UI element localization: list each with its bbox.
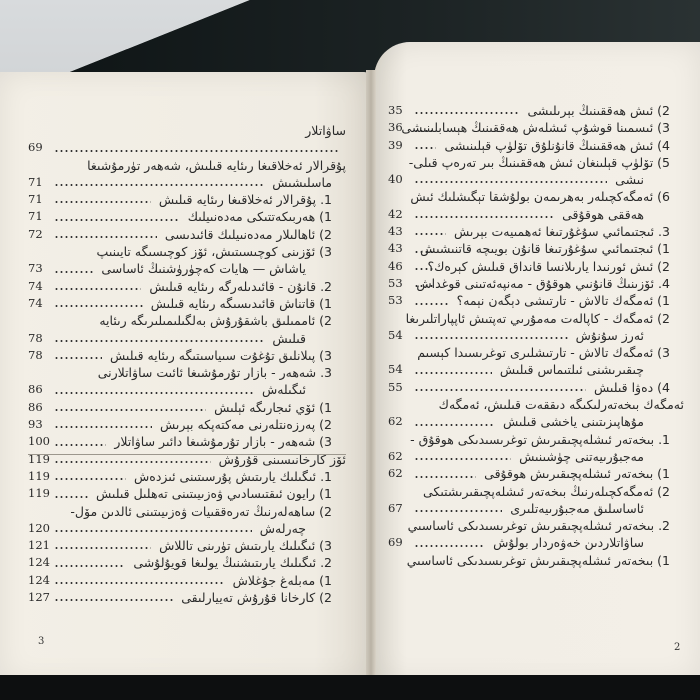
toc-entry: 1) ئەمگەك تالاش - تارتىشى دېگەن نېمە؟53 — [388, 292, 684, 309]
page-number-left: 3 — [38, 636, 44, 647]
toc-entry: ماسلىشىش71 — [28, 174, 346, 191]
toc-entry-page: 71 — [28, 208, 43, 225]
toc-entry-title: 3) ئۆزىنى كوچىسىتىش، ئۆز كوچىسىگە تايىنى… — [97, 243, 332, 260]
toc-entry: 4) ئىش ھەققىنىڭ قانۇنلۇق تۆلۈپ قېلىنىشى3… — [388, 137, 684, 154]
toc-entry: قىلىش78 — [28, 330, 346, 347]
toc-entry: 2) ئەمگەكچىلەرنىڭ بىخەتەر ئىشلەپچىقىرىشت… — [388, 483, 684, 500]
toc-entry: چىقىرىشنى ئىلتىماس قىلىش54 — [388, 361, 684, 378]
toc-entry: 2) ئىش ئورنىدا يارىلانسا قانداق قىلىش كې… — [388, 258, 684, 275]
toc-entry-title: 3) ئىسمىنا قوشۇپ ئىشلەش ھەققىنىڭ ھېسابلى… — [401, 119, 670, 136]
toc-entry: 3) ئىسمىنا قوشۇپ ئىشلەش ھەققىنىڭ ھېسابلى… — [388, 119, 684, 136]
toc-entry: 1) رايون ئىقتىسادىي ۋەزىيىتىنى تەھلىل قى… — [28, 485, 346, 502]
toc-entry-title: چەرلەش — [260, 520, 306, 537]
toc-entry-title: 2) ساھەلەرنىڭ تەرەققىيات ۋەزىيىتىنى ئالد… — [70, 503, 332, 520]
toc-entry-page: 86 — [28, 381, 43, 398]
toc-entry-page: 120 — [28, 520, 50, 537]
toc-entry-page: 78 — [28, 347, 43, 364]
toc-entry-title: ساۋاتلاردىن خەۋەردار بولۇش — [493, 534, 644, 551]
toc-entry-title: 4) ئىش ھەققىنىڭ قانۇنلۇق تۆلۈپ قېلىنىشى — [444, 137, 670, 154]
toc-entry-title: ساۋاتلار — [305, 122, 346, 139]
toc-entry: 4. ئۆزىنىڭ قانۇنىي ھوقۇق - مەنپەئەتىنى ق… — [388, 275, 684, 292]
toc-entry-page: 74 — [28, 278, 43, 295]
toc-entry: چەرلەش120 — [28, 520, 346, 537]
page-number-right: 2 — [674, 642, 680, 653]
toc-entry-title: چىقىرىشنى ئىلتىماس قىلىش — [500, 361, 644, 378]
toc-entry-page: 121 — [28, 537, 50, 554]
toc-entry-title: 1) بىخەتەر ئىشلەپچىقىرىش ھوقۇقى — [484, 465, 670, 482]
toc-entry: ياشاش — ھايات كەچۈرۈشنىڭ ئاساسى73 — [28, 260, 346, 277]
toc-entry-page: 124 — [28, 554, 50, 571]
toc-entry-title: 2) كارخانا قۇرۇش تەييارلىقى — [181, 589, 332, 606]
toc-entry-title: 5) تۆلۈپ قېلىنغان ئىش ھەققىنىڭ بىر تەرەپ… — [409, 154, 670, 171]
toc-entry-title: 2) ئىش ھەققىنىڭ بېرىلىشى — [528, 102, 671, 119]
toc-entry-page: 39 — [388, 137, 403, 154]
toc-entry-title: 2) ئەمگەك - كاپالەت مەمۇرىي تەپتىش ئاپپا… — [406, 310, 670, 327]
table-of-contents-left: ساۋاتلار69پۇقرالار ئەخلاقىغا رىئايە قىلى… — [28, 122, 346, 606]
toc-entry: 1) ھەربىكەتتىكى مەدەنىيلىك71 — [28, 208, 346, 225]
toc-entry-title: ھەققى ھوقۇقى — [562, 206, 644, 223]
toc-entry-title: 2) ئاممىلىق باشقۇرۇش بەلگىلىمىلىرىگە رىئ… — [99, 312, 332, 329]
toc-entry-title: ئەرز سۇنۇش — [576, 327, 644, 344]
toc-entry-page: 73 — [28, 260, 43, 277]
toc-entry-page: 67 — [388, 500, 403, 517]
toc-entry-title: 4. ئۆزىنىڭ قانۇنىي ھوقۇق - مەنپەئەتىنى ق… — [416, 275, 670, 292]
toc-entry: 2. ئىگىلىك يارىتىشنىڭ يولىغا قويۇلۇشى124 — [28, 554, 346, 571]
toc-entry: 1. بىخەتەر ئىشلەپچىقىرىش توغرىسىدىكى ھوق… — [388, 431, 684, 448]
toc-entry: 1. ئىگىلىك يارىتىش پۇرسىتىنى ئىزدەش119 — [28, 468, 346, 485]
toc-entry-page: 124 — [28, 572, 50, 589]
toc-entry-title: ماسلىشىش — [272, 174, 332, 191]
toc-entry-title: 2) ئەمگەكچىلەرنىڭ بىخەتەر ئىشلەپچىقىرىشت… — [423, 483, 670, 500]
toc-entry-title: ئاساسلىق مەجبۇرىيەتلىرى — [510, 500, 644, 517]
toc-entry: ئەرز سۇنۇش54 — [388, 327, 684, 344]
toc-entry: 3) ئىگىلىك يارىتىش تۈرىنى تاللاش121 — [28, 537, 346, 554]
toc-entry: 3) شەھەر - بازار تۇرمۇشىغا دائىر ساۋاتلا… — [28, 433, 346, 450]
book-gutter — [366, 70, 376, 682]
toc-entry-title: پۇقرالار ئەخلاقىغا رىئايە قىلىش، شەھەر ت… — [87, 157, 346, 174]
toc-entry-title: مەجبۇرىيەتنى چۈشىنىش — [519, 448, 644, 465]
toc-entry-page: 36 — [388, 119, 403, 136]
toc-entry-title: 1) مەبلەغ جۇغلاش — [233, 572, 332, 589]
toc-entry-title: 1) ئىجتىمائىي سۇغۇرتىغا قانۇن بويىچە قات… — [420, 240, 670, 257]
toc-entry-title: ئەمگەك بىخەتەرلىكىگە دىققەت قىلىش، ئەمگە… — [439, 396, 684, 413]
toc-entry: 3. شەھەر - بازار تۇرمۇشىغا ئائىت ساۋاتلا… — [28, 364, 346, 381]
toc-entry-title: 2. ئىگىلىك يارىتىشنىڭ يولىغا قويۇلۇشى — [133, 554, 332, 571]
toc-entry: ئەمگەك بىخەتەرلىكىگە دىققەت قىلىش، ئەمگە… — [388, 396, 684, 413]
toc-entry-title: 1. پۇقرالار ئەخلاقىغا رىئايە قىلىش — [159, 191, 332, 208]
toc-entry-page: 119 — [28, 468, 50, 485]
toc-entry: ھەققى ھوقۇقى42 — [388, 206, 684, 223]
toc-entry-page: 74 — [28, 295, 43, 312]
toc-entry-page: 62 — [388, 465, 403, 482]
toc-entry: پۇقرالار ئەخلاقىغا رىئايە قىلىش، شەھەر ت… — [28, 157, 346, 174]
toc-entry-title: 1. بىخەتەر ئىشلەپچىقىرىش توغرىسىدىكى ھوق… — [410, 431, 670, 448]
toc-entry-page: 71 — [28, 174, 43, 191]
toc-entry: ئىگىلەش86 — [28, 381, 346, 398]
toc-entry-page: 54 — [388, 361, 403, 378]
toc-entry-title: 2. بىخەتەر ئىشلەپچىقىرىش توغرىسىدىكى ئاس… — [408, 517, 670, 534]
toc-entry-title: 3. ئىجتىمائىي سۇغۇرتىغا ئەھمىيەت بېرىش — [454, 223, 670, 240]
toc-entry-title: 3. شەھەر - بازار تۇرمۇشىغا ئائىت ساۋاتلا… — [98, 364, 332, 381]
toc-entry-title: 2. قانۇن - قائىدىلەرگە رىئايە قىلىش — [149, 278, 332, 295]
toc-entry: 1) ئۆي ئىجارىگە ئېلىش86 — [28, 399, 346, 416]
background-bottom — [0, 675, 700, 700]
toc-entry-page: 62 — [388, 413, 403, 430]
toc-entry-page: 78 — [28, 330, 43, 347]
toc-entry-page: 43 — [388, 223, 403, 240]
toc-entry-page: 86 — [28, 399, 43, 416]
toc-entry-title: 3) ئىگىلىك يارىتىش تۈرىنى تاللاش — [159, 537, 332, 554]
toc-entry-title: 2) ئىش ئورنىدا يارىلانسا قانداق قىلىش كې… — [427, 258, 670, 275]
toc-entry: ساۋاتلار — [28, 122, 346, 139]
toc-entry-title: 1. ئىگىلىك يارىتىش پۇرسىتىنى ئىزدەش — [134, 468, 332, 485]
toc-entry-title: 1) رايون ئىقتىسادىي ۋەزىيىتىنى تەھلىل قى… — [96, 485, 332, 502]
toc-entry: 1) بىخەتەر ئىشلەپچىقىرىش توغرىسىدىكى ئاس… — [388, 552, 684, 569]
toc-entry-title: 1) قاتناش قائىدىسىگە رىئايە قىلىش — [151, 295, 332, 312]
toc-entry-title: ئىگىلەش — [262, 381, 306, 398]
toc-entry-title: 1) بىخەتەر ئىشلەپچىقىرىش توغرىسىدىكى ئاس… — [407, 552, 670, 569]
toc-entry-title: مۇھاپىزىتىنى ياخشى قىلىش — [503, 413, 644, 430]
toc-entry: 2) ئەمگەك - كاپالەت مەمۇرىي تەپتىش ئاپپا… — [388, 310, 684, 327]
toc-entry: نىشى40 — [388, 171, 684, 188]
toc-entry: 4) دەۋا قىلىش55 — [388, 379, 684, 396]
toc-entry-title: 3) پىلانلىق تۇغۇت سىياسىتىگە رىئايە قىلى… — [110, 347, 332, 364]
toc-entry-title: 1) ھەربىكەتتىكى مەدەنىيلىك — [188, 208, 332, 225]
toc-entry: 3) ئەمگەك تالاش - تارتىشلىرى توغرىسىدا ك… — [388, 344, 684, 361]
toc-entry-page: 100 — [28, 433, 50, 450]
toc-entry-title: 2) ئاھالىلار مەدەنىيلىك قائىدىسى — [165, 226, 332, 243]
toc-entry-title: 1) ئۆي ئىجارىگە ئېلىش — [214, 399, 332, 416]
toc-entry: 2) ئاھالىلار مەدەنىيلىك قائىدىسى72 — [28, 226, 346, 243]
toc-entry: 2. قانۇن - قائىدىلەرگە رىئايە قىلىش74 — [28, 278, 346, 295]
toc-entry: 3. ئىجتىمائىي سۇغۇرتىغا ئەھمىيەت بېرىش43 — [388, 223, 684, 240]
toc-entry: 1) مەبلەغ جۇغلاش124 — [28, 572, 346, 589]
divider-line — [28, 454, 346, 455]
toc-entry: مۇھاپىزىتىنى ياخشى قىلىش62 — [388, 413, 684, 430]
toc-entry-page: 43 — [388, 240, 403, 257]
toc-entry-page: 40 — [388, 171, 403, 188]
toc-entry-title: 6) ئەمگەكچىلەر بەھرىمەن بولۇشقا تېگىشلىك… — [410, 188, 670, 205]
toc-entry-page: 35 — [388, 102, 403, 119]
toc-entry-title: نىشى — [615, 171, 644, 188]
toc-entry-title: ياشاش — ھايات كەچۈرۈشنىڭ ئاساسى — [101, 260, 306, 277]
toc-entry: 1) بىخەتەر ئىشلەپچىقىرىش ھوقۇقى62 — [388, 465, 684, 482]
toc-entry: 6) ئەمگەكچىلەر بەھرىمەن بولۇشقا تېگىشلىك… — [388, 188, 684, 205]
toc-entry-page: 71 — [28, 191, 43, 208]
toc-entry-page: 69 — [28, 139, 43, 156]
toc-entry: ساۋاتلاردىن خەۋەردار بولۇش69 — [388, 534, 684, 551]
toc-entry: 5) تۆلۈپ قېلىنغان ئىش ھەققىنىڭ بىر تەرەپ… — [388, 154, 684, 171]
toc-entry: 2) كارخانا قۇرۇش تەييارلىقى127 — [28, 589, 346, 606]
toc-entry-title: 1) ئەمگەك تالاش - تارتىشى دېگەن نېمە؟ — [457, 292, 670, 309]
toc-entry-page: 127 — [28, 589, 50, 606]
toc-entry-page: 119 — [28, 485, 50, 502]
toc-entry-page: 53 — [388, 275, 403, 292]
toc-entry-page: 55 — [388, 379, 403, 396]
toc-entry: 2. بىخەتەر ئىشلەپچىقىرىش توغرىسىدىكى ئاس… — [388, 517, 684, 534]
toc-entry: ئاساسلىق مەجبۇرىيەتلىرى67 — [388, 500, 684, 517]
toc-entry: 1. پۇقرالار ئەخلاقىغا رىئايە قىلىش71 — [28, 191, 346, 208]
toc-entry: مەجبۇرىيەتنى چۈشىنىش62 — [388, 448, 684, 465]
toc-entry: 3) ئۆزىنى كوچىسىتىش، ئۆز كوچىسىگە تايىنى… — [28, 243, 346, 260]
toc-entry: 69 — [28, 139, 346, 156]
toc-entry-page: 46 — [388, 258, 403, 275]
toc-entry-title: 3) ئەمگەك تالاش - تارتىشلىرى توغرىسىدا ك… — [417, 344, 670, 361]
toc-entry-page: 72 — [28, 226, 43, 243]
toc-entry-title: 3) شەھەر - بازار تۇرمۇشىغا دائىر ساۋاتلا… — [114, 433, 332, 450]
toc-entry: 1) ئىجتىمائىي سۇغۇرتىغا قانۇن بويىچە قات… — [388, 240, 684, 257]
toc-entry-page: 42 — [388, 206, 403, 223]
toc-entry-page: 93 — [28, 416, 43, 433]
toc-entry-title: قىلىش — [272, 330, 306, 347]
toc-entry: 2) ئىش ھەققىنىڭ بېرىلىشى35 — [388, 102, 684, 119]
toc-entry-page: 69 — [388, 534, 403, 551]
toc-entry: 3) پىلانلىق تۇغۇت سىياسىتىگە رىئايە قىلى… — [28, 347, 346, 364]
toc-entry-page: 53 — [388, 292, 403, 309]
table-of-contents-right: 2) ئىش ھەققىنىڭ بېرىلىشى353) ئىسمىنا قوش… — [388, 102, 684, 569]
toc-entry: 1) قاتناش قائىدىسىگە رىئايە قىلىش74 — [28, 295, 346, 312]
toc-entry: 2) ئاممىلىق باشقۇرۇش بەلگىلىمىلىرىگە رىئ… — [28, 312, 346, 329]
toc-entry: 2) ساھەلەرنىڭ تەرەققىيات ۋەزىيىتىنى ئالد… — [28, 503, 346, 520]
toc-entry-page: 54 — [388, 327, 403, 344]
toc-entry-title: 4) دەۋا قىلىش — [594, 379, 670, 396]
toc-entry: 2) پەرزەنتلەرنى مەكتەپكە بېرىش93 — [28, 416, 346, 433]
toc-entry-title: 2) پەرزەنتلەرنى مەكتەپكە بېرىش — [160, 416, 332, 433]
toc-entry-page: 62 — [388, 448, 403, 465]
